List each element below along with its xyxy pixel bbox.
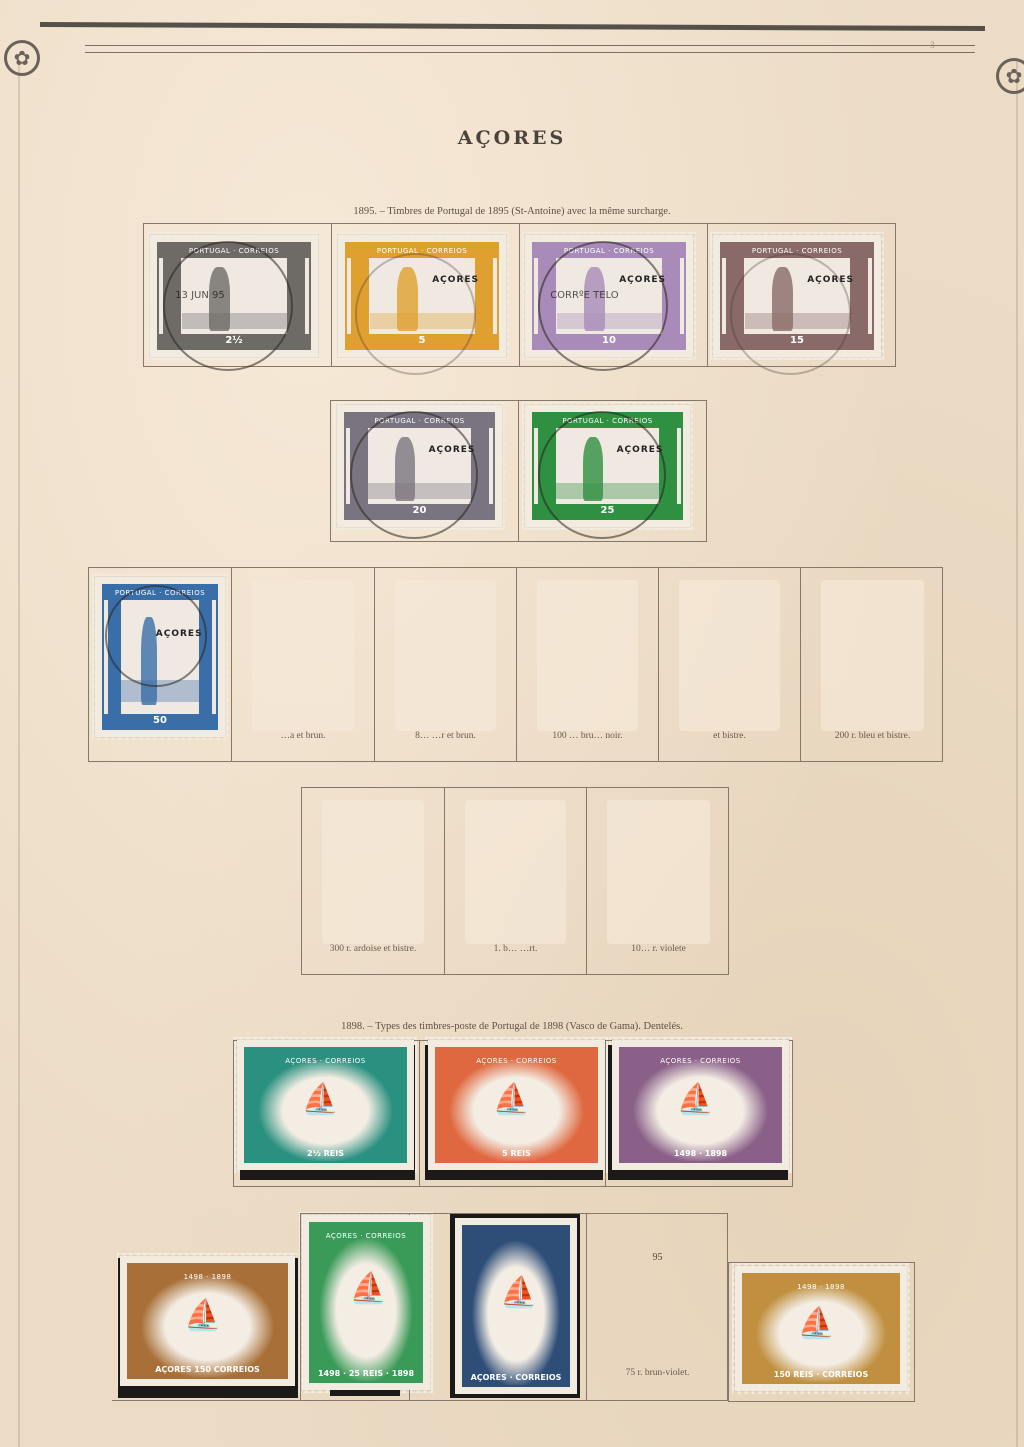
left-border-rule xyxy=(18,60,20,1447)
ship-icon: ⛵ xyxy=(798,1309,835,1339)
right-border-rule xyxy=(1016,60,1018,1447)
stamp: ⛵AÇORES · CORREIOS xyxy=(455,1218,577,1394)
stamp-slot-label: 200 r. bleu et bistre. xyxy=(801,731,944,741)
stamp-value: 1498 · 1898 xyxy=(621,1149,780,1158)
stamp: PORTUGAL · CORREIOSAÇORES25 xyxy=(525,405,690,527)
stamp-slot: 1. b… …rt. xyxy=(445,788,587,974)
stamp-slot-label: 75 r. brun-violet. xyxy=(587,1368,728,1378)
stamp-slot-label: 100 … bru… noir. xyxy=(517,731,658,741)
stamp-design: ⛵AÇORES · CORREIOS xyxy=(462,1225,570,1387)
stamp-slot-label: 10… r. violete xyxy=(587,944,730,954)
ship-icon: ⛵ xyxy=(493,1085,530,1115)
stamp: AÇORES · CORREIOS⛵1498 · 25 REIS · 1898 xyxy=(302,1215,430,1390)
stamp-design: AÇORES · CORREIOS⛵1498 · 1898 xyxy=(619,1047,782,1163)
stamp-value: 2½ REIS xyxy=(246,1149,405,1158)
stamp-slot: 300 r. ardoise et bistre. xyxy=(302,788,445,974)
postmark-cancel xyxy=(163,241,293,371)
stamp-design: 1498 · 1898⛵150 REIS · CORREIOS xyxy=(742,1273,900,1384)
ship-icon: ⛵ xyxy=(500,1278,537,1308)
stamp-value: 5 REIS xyxy=(437,1149,596,1158)
ship-icon: ⛵ xyxy=(184,1301,221,1331)
top-border-thin-rule xyxy=(85,45,975,46)
stamp-slot: 8… …r et brun. xyxy=(375,568,517,761)
stamp-value: 1498 · 25 REIS · 1898 xyxy=(311,1369,421,1378)
stamp: AÇORES · CORREIOS⛵1498 · 1898 xyxy=(612,1040,789,1170)
stamp-slot-label: 8… …r et brun. xyxy=(375,731,516,741)
stamp: PORTUGAL · CORREIOSAÇORES15 xyxy=(713,235,881,357)
pillar xyxy=(850,258,868,336)
stamp: AÇORES · CORREIOS⛵5 REIS xyxy=(428,1040,605,1170)
postmark-text: 13 JUN 95 xyxy=(175,290,225,301)
stamp-design: 1498 · 1898⛵AÇORES 150 CORREIOS xyxy=(127,1263,288,1379)
stamp: PORTUGAL · CORREIOSAÇORES20 xyxy=(337,405,502,527)
stamp-slot-label: 1. b… …rt. xyxy=(445,944,586,954)
rosette-ornament-icon: ✿ xyxy=(4,40,40,76)
stamp-slot: 10… r. violete xyxy=(587,788,730,974)
stamp: 1498 · 1898⛵150 REIS · CORREIOS xyxy=(735,1266,907,1391)
postmark-cancel xyxy=(355,253,477,375)
stamp-slot-label: …a et brun. xyxy=(232,731,374,741)
stamp: PORTUGAL · CORREIOS2½13 JUN 95 xyxy=(150,235,318,357)
stamp: PORTUGAL · CORREIOSAÇORES5 xyxy=(338,235,506,357)
stamp-header-text: 1498 · 1898 xyxy=(744,1283,898,1291)
section-1895-caption: 1895. – Timbres de Portugal de 1895 (St-… xyxy=(0,206,1024,217)
stamp-header-text: 1498 · 1898 xyxy=(129,1273,286,1281)
stamp-slot: 95 75 r. brun-violet. xyxy=(587,1213,728,1400)
top-border-thin-rule xyxy=(85,52,975,53)
postmark-cancel xyxy=(730,253,852,375)
stamp-header-text: AÇORES · CORREIOS xyxy=(437,1057,596,1065)
stamp-header-text: AÇORES · CORREIOS xyxy=(246,1057,405,1065)
stamp-design: AÇORES · CORREIOS⛵2½ REIS xyxy=(244,1047,407,1163)
stamp-slot-label: et bistre. xyxy=(659,731,800,741)
stamp-header-text: AÇORES · CORREIOS xyxy=(621,1057,780,1065)
stamp-slot: et bistre. xyxy=(659,568,801,761)
stamp-frame-1895-row4: 300 r. ardoise et bistre. 1. b… …rt. 10…… xyxy=(301,787,729,975)
stamp-value: AÇORES 150 CORREIOS xyxy=(129,1365,286,1374)
stamp-value: 50 xyxy=(104,714,216,728)
catalogue-number: 95 xyxy=(587,1252,728,1263)
stamp-design: AÇORES · CORREIOS⛵5 REIS xyxy=(435,1047,598,1163)
stamp-slot: 100 … bru… noir. xyxy=(517,568,659,761)
stamp: 1498 · 1898⛵AÇORES 150 CORREIOS xyxy=(120,1256,295,1386)
stamp: PORTUGAL · CORREIOSAÇORES50 xyxy=(95,577,225,737)
pillar xyxy=(475,258,493,336)
stamp-slot: …a et brun. xyxy=(232,568,375,761)
ship-icon: ⛵ xyxy=(350,1274,387,1304)
stamp: AÇORES · CORREIOS⛵2½ REIS xyxy=(237,1040,414,1170)
stamp-design: AÇORES · CORREIOS⛵1498 · 25 REIS · 1898 xyxy=(309,1222,423,1383)
section-1898-caption: 1898. – Types des timbres-poste de Portu… xyxy=(0,1021,1024,1032)
page-title: AÇORES xyxy=(0,127,1024,149)
stamp: PORTUGAL · CORREIOSAÇORES10CORRºE TELO xyxy=(525,235,693,357)
postmark-cancel xyxy=(538,241,668,371)
stamp-value: AÇORES · CORREIOS xyxy=(464,1373,568,1382)
postmark-cancel xyxy=(105,585,207,687)
postmark-text: CORRºE TELO xyxy=(550,290,618,301)
stamp-header-text: AÇORES · CORREIOS xyxy=(311,1232,421,1240)
stamp-slot: 200 r. bleu et bistre. xyxy=(801,568,944,761)
stamp-value: 150 REIS · CORREIOS xyxy=(744,1370,898,1379)
rosette-ornament-icon: ✿ xyxy=(996,58,1024,94)
postmark-cancel xyxy=(350,411,478,539)
stamp-slot-label: 300 r. ardoise et bistre. xyxy=(302,944,444,954)
postmark-cancel xyxy=(538,411,666,539)
top-border-thick-rule xyxy=(40,22,985,31)
page-number: 3 xyxy=(930,40,935,50)
ship-icon: ⛵ xyxy=(302,1085,339,1115)
ship-icon: ⛵ xyxy=(677,1085,714,1115)
